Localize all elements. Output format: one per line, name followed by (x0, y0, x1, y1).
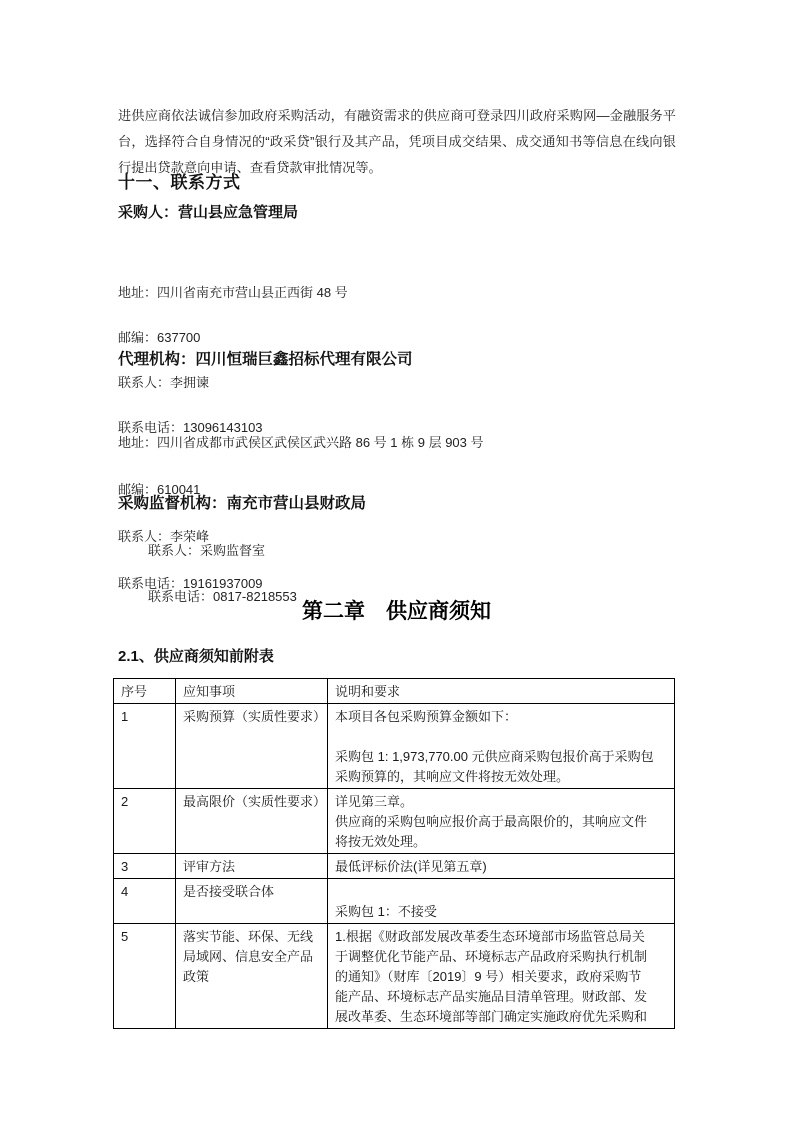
row-desc: 采购包 1：不接受 (328, 879, 675, 924)
purchaser-address: 地址：四川省南充市营山县正西街 48 号 (118, 282, 678, 305)
row-desc: 详见第三章。 供应商的采购包响应报价高于最高限价的，其响应文件 将按无效处理。 (328, 789, 675, 854)
table-header-row: 序号 应知事项 说明和要求 (114, 679, 675, 704)
table-row: 2 最高限价（实质性要求） 详见第三章。 供应商的采购包响应报价高于最高限价的，… (114, 789, 675, 854)
row-item: 评审方法 (176, 854, 328, 879)
row-desc: 本项目各包采购预算金额如下： 采购包 1: 1,973,770.00 元供应商采… (328, 704, 675, 789)
row-desc: 最低评标价法(详见第五章) (328, 854, 675, 879)
row-item: 是否接受联合体 (176, 879, 328, 924)
supervisor-heading: 采购监督机构：南充市营山县财政局 (118, 491, 366, 513)
table-row: 4 是否接受联合体 采购包 1：不接受 (114, 879, 675, 924)
table-row: 5 落实节能、环保、无线 局域网、信息安全产品 政策 1.根据《财政部发展改革委… (114, 924, 675, 1029)
row-seq: 2 (114, 789, 176, 854)
row-seq: 5 (114, 924, 176, 1029)
purchaser-contact-person: 联系人：李拥谏 (118, 372, 678, 395)
row-seq: 3 (114, 854, 176, 879)
row-desc: 1.根据《财政部发展改革委生态环境部市场监管总局关 于调整优化节能产品、环境标志… (328, 924, 675, 1029)
table-row: 3 评审方法 最低评标价法(详见第五章) (114, 854, 675, 879)
row-seq: 4 (114, 879, 176, 924)
table-row: 1 采购预算（实质性要求） 本项目各包采购预算金额如下： 采购包 1: 1,97… (114, 704, 675, 789)
col-header-seq: 序号 (114, 679, 176, 704)
row-item: 落实节能、环保、无线 局域网、信息安全产品 政策 (176, 924, 328, 1029)
agency-heading: 代理机构：四川恒瑞巨鑫招标代理有限公司 (118, 347, 413, 369)
agency-address: 地址：四川省成都市武侯区武侯区武兴路 86 号 1 栋 9 层 903 号 (118, 431, 678, 455)
row-item: 采购预算（实质性要求） (176, 704, 328, 789)
purchaser-postcode: 邮编：637700 (118, 327, 678, 350)
subsection-title: 2.1、供应商须知前附表 (118, 645, 274, 666)
row-item: 最高限价（实质性要求） (176, 789, 328, 854)
supervisor-contact-person: 联系人：采购监督室 (148, 539, 708, 562)
row-seq: 1 (114, 704, 176, 789)
supplier-notice-table: 序号 应知事项 说明和要求 1 采购预算（实质性要求） 本项目各包采购预算金额如… (113, 678, 675, 1029)
section-heading-contact-info: 十一、联系方式 (118, 168, 241, 193)
document-page: 进供应商依法诚信参加政府采购活动，有融资需求的供应商可登录四川政府采购网—金融服… (0, 0, 793, 1122)
purchaser-heading: 采购人：营山县应急管理局 (118, 201, 298, 222)
col-header-item: 应知事项 (176, 679, 328, 704)
chapter-title: 第二章 供应商须知 (0, 595, 793, 625)
col-header-desc: 说明和要求 (328, 679, 675, 704)
